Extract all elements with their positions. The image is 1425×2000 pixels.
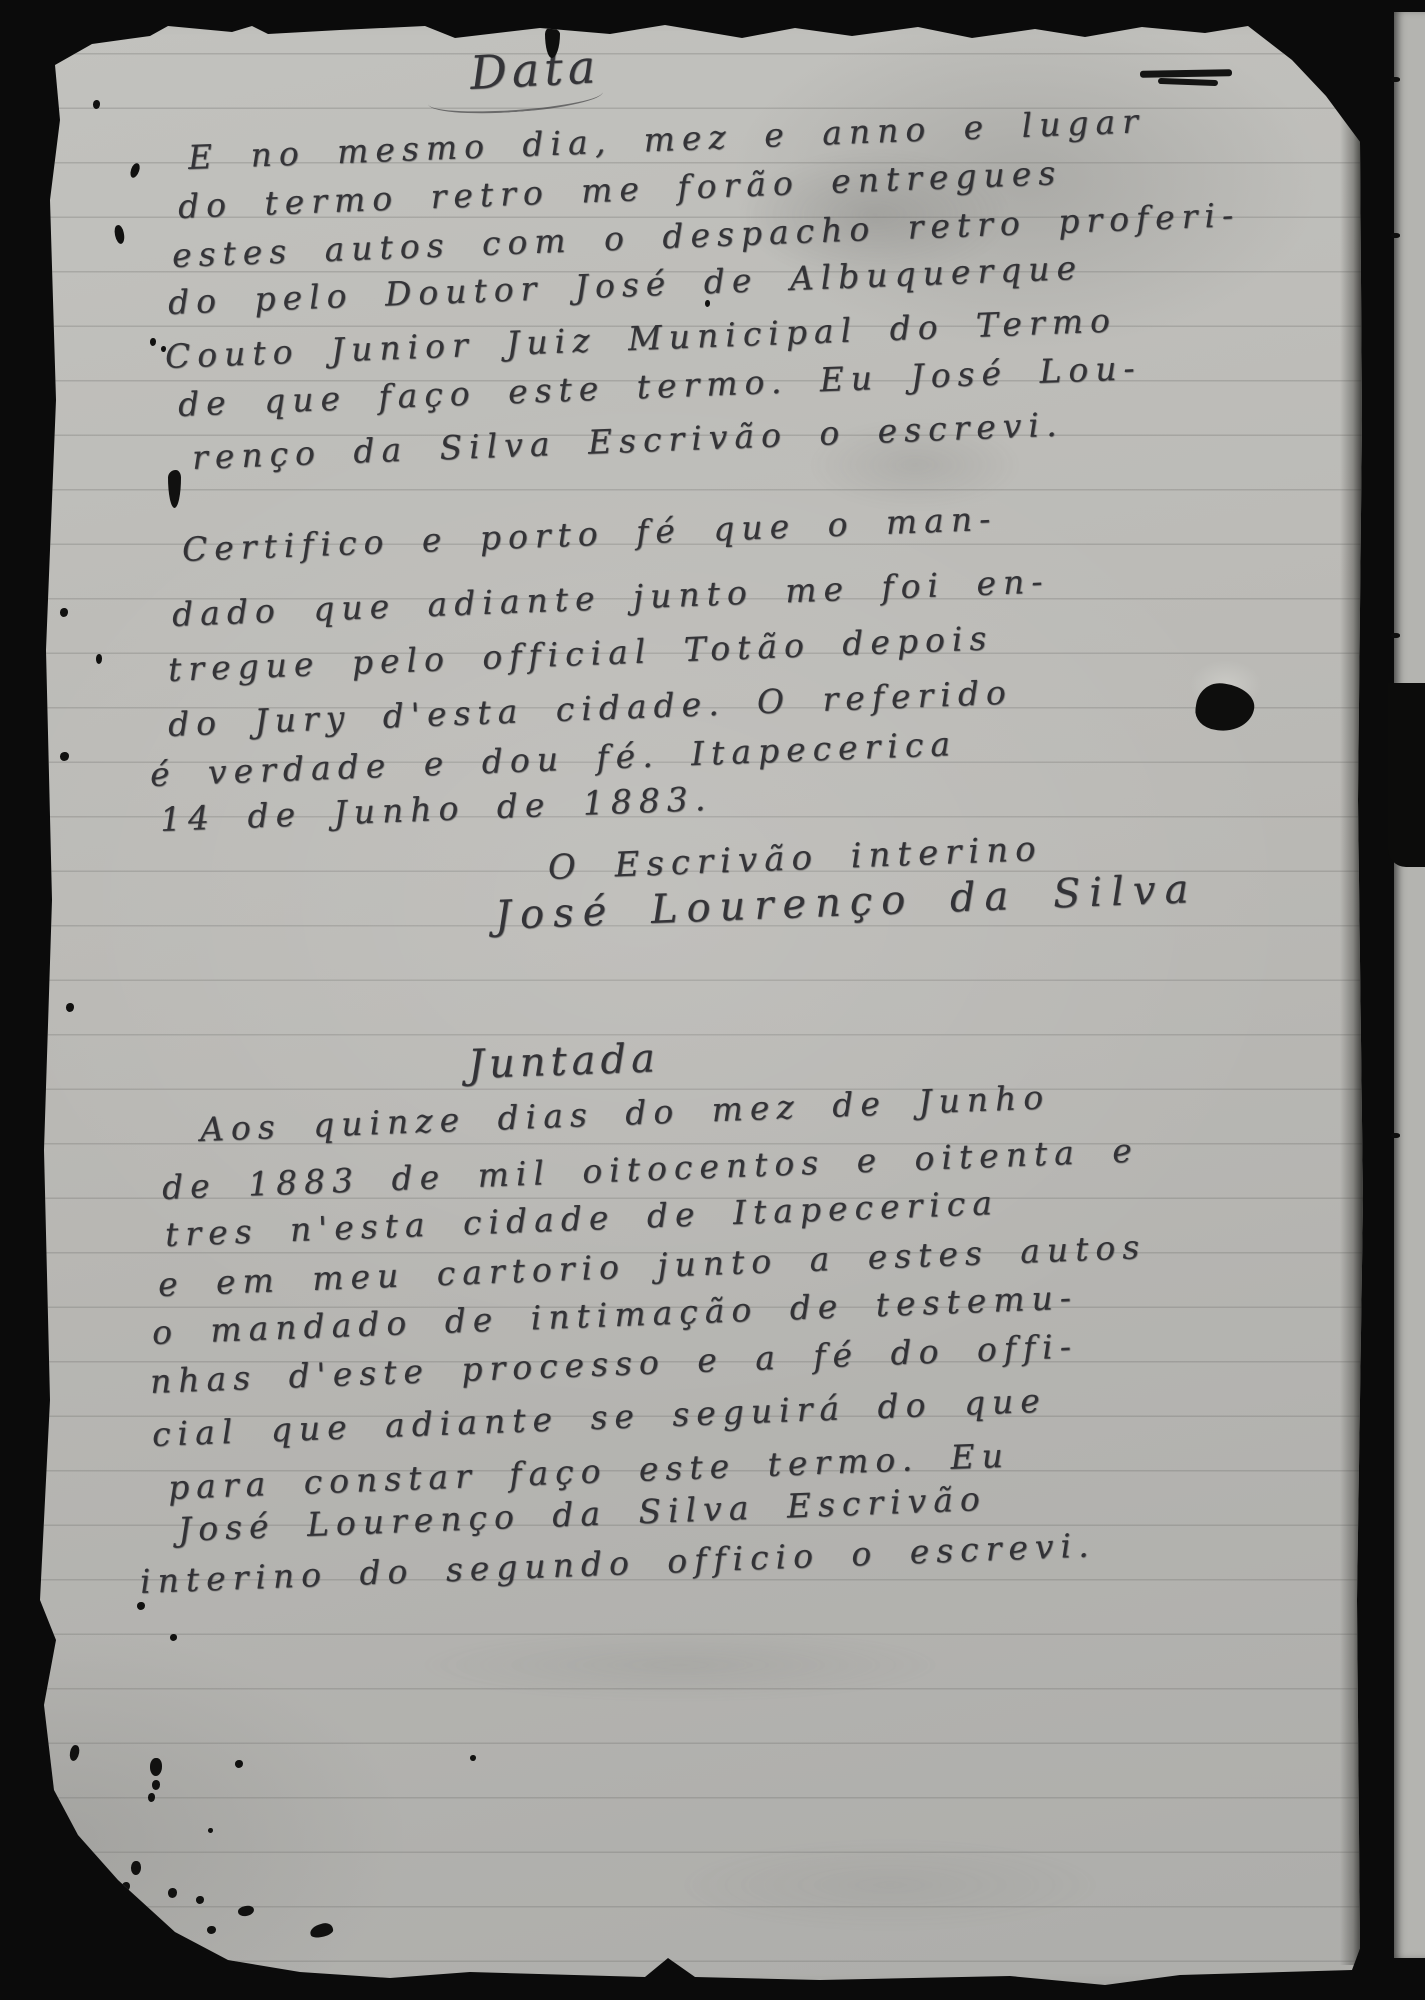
ink-speck [309,1921,334,1939]
ink-speck [705,300,710,307]
ink-speck [60,752,69,761]
ink-speck [150,1758,162,1776]
manuscript-page: Data E no mesmo dia, mez e anno e lugar … [0,0,1425,2000]
ink-speck [131,1861,141,1875]
ink-speck [66,1003,74,1012]
ink-speck [150,338,156,346]
ink-speck [207,1926,216,1934]
ink-speck [168,470,181,508]
ink-speck [196,1896,204,1904]
handwriting-line: Certifico e porto fé que o man- [181,499,998,569]
ink-speck [137,1602,145,1610]
ink-speck [1391,633,1400,638]
ink-smudge [680,1840,1100,1930]
ink-speck [168,1888,177,1898]
second-page-torn-notch [1388,683,1425,867]
ink-speck [148,1793,155,1802]
ink-speck [93,100,100,109]
ink-speck [237,1905,254,1917]
ink-scribble [1158,78,1218,86]
ink-speck [1391,77,1400,82]
second-page-edge [1394,12,1425,1958]
ink-smudge [420,1630,940,1700]
ink-speck [69,1744,81,1761]
ink-speck [235,1760,243,1768]
ink-speck [1391,1133,1400,1138]
ink-speck [170,1634,177,1641]
page-curl-shadow [1340,55,1364,1965]
ink-speck [113,224,126,244]
ink-speck [470,1755,476,1761]
section-heading-juntada: Juntada [467,1035,660,1088]
ink-speck [129,162,141,179]
ink-speck [96,654,102,664]
ink-scribble [1140,69,1232,78]
ink-speck [122,1882,130,1891]
pen-flourish-underline [427,78,604,118]
ink-speck [208,1828,213,1833]
ink-speck [1391,233,1400,238]
scan-background: Data E no mesmo dia, mez e anno e lugar … [0,0,1425,2000]
ink-speck [60,608,68,617]
ink-speck [152,1780,160,1790]
